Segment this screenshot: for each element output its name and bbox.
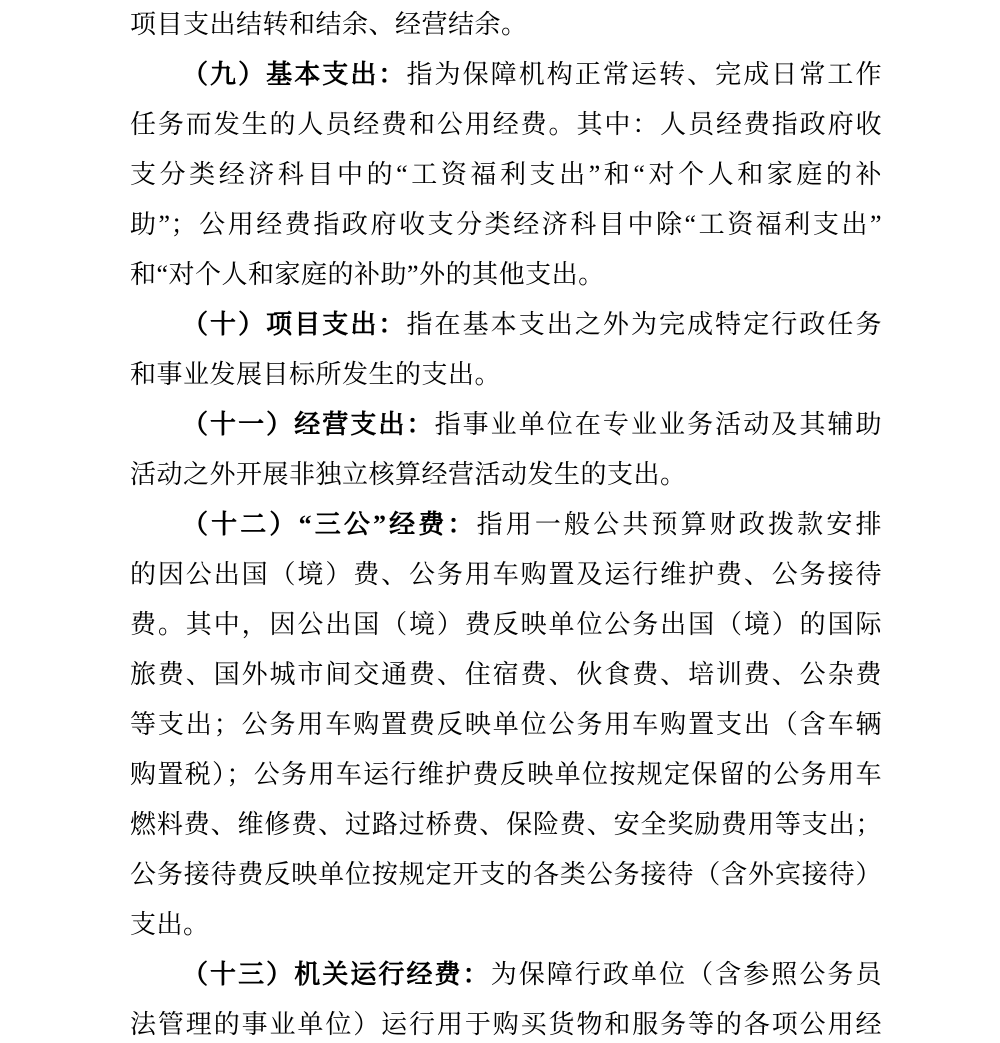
paragraph-text: 法管理的事业单位）运行用于购买货物和服务等的各项公用经 [130, 1010, 882, 1039]
paragraph-lead-bold: （九）基本支出： [182, 60, 407, 89]
paragraph-lead-bold: （十二）“三公”经费： [182, 510, 477, 539]
paragraph-text: 任务而发生的人员经费和公用经费。其中：人员经费指政府收 [130, 110, 882, 139]
paragraph-line: 支分类经济科目中的“工资福利支出”和“对个人和家庭的补 [130, 150, 882, 200]
paragraph-text: 为保障行政单位（含参照公务员 [491, 960, 882, 989]
paragraph-text: 指为保障机构正常运转、完成日常工作 [407, 60, 882, 89]
paragraph-line: 法管理的事业单位）运行用于购买货物和服务等的各项公用经 [130, 1000, 882, 1043]
paragraph-line: 燃料费、维修费、过路过桥费、保险费、安全奖励费用等支出； [130, 800, 882, 850]
paragraph-text: 费。其中，因公出国（境）费反映单位公务出国（境）的国际 [130, 610, 882, 639]
paragraph-line: 和事业发展目标所发生的支出。 [130, 350, 882, 400]
paragraph-lead-bold: （十一）经营支出： [182, 410, 435, 439]
document-text-block: 项目支出结转和结余、经营结余。（九）基本支出：指为保障机构正常运转、完成日常工作… [130, 0, 882, 1043]
paragraph-text: 公务接待费反映单位按规定开支的各类公务接待（含外宾接待） [130, 860, 882, 889]
paragraph-text: 购置税）；公务用车运行维护费反映单位按规定保留的公务用车 [130, 760, 882, 789]
paragraph-text: 等支出；公务用车购置费反映单位公务用车购置支出（含车辆 [130, 710, 882, 739]
paragraph-line: 支出。 [130, 900, 882, 950]
paragraph-line: 费。其中，因公出国（境）费反映单位公务出国（境）的国际 [130, 600, 882, 650]
paragraph-heading-line: （九）基本支出：指为保障机构正常运转、完成日常工作 [130, 50, 882, 100]
paragraph-line: 助”；公用经费指政府收支分类经济科目中除“工资福利支出” [130, 200, 882, 250]
paragraph-text: 指事业单位在专业业务活动及其辅助 [435, 410, 882, 439]
paragraph-line: 项目支出结转和结余、经营结余。 [130, 0, 882, 50]
paragraph-line: 旅费、国外城市间交通费、住宿费、伙食费、培训费、公杂费 [130, 650, 882, 700]
paragraph-line: 购置税）；公务用车运行维护费反映单位按规定保留的公务用车 [130, 750, 882, 800]
paragraph-heading-line: （十二）“三公”经费：指用一般公共预算财政拨款安排 [130, 500, 882, 550]
paragraph-text: 活动之外开展非独立核算经营活动发生的支出。 [130, 460, 687, 489]
paragraph-line: 等支出；公务用车购置费反映单位公务用车购置支出（含车辆 [130, 700, 882, 750]
paragraph-text: 项目支出结转和结余、经营结余。 [130, 10, 528, 39]
paragraph-text: 的因公出国（境）费、公务用车购置及运行维护费、公务接待 [130, 560, 882, 589]
paragraph-text: 和事业发展目标所发生的支出。 [130, 360, 501, 389]
paragraph-heading-line: （十）项目支出：指在基本支出之外为完成特定行政任务 [130, 300, 882, 350]
paragraph-line: 的因公出国（境）费、公务用车购置及运行维护费、公务接待 [130, 550, 882, 600]
paragraph-text: 指在基本支出之外为完成特定行政任务 [407, 310, 882, 339]
paragraph-text: 支分类经济科目中的“工资福利支出”和“对个人和家庭的补 [130, 160, 882, 189]
paragraph-line: 和“对个人和家庭的补助”外的其他支出。 [130, 250, 882, 300]
paragraph-line: 公务接待费反映单位按规定开支的各类公务接待（含外宾接待） [130, 850, 882, 900]
document-page: 项目支出结转和结余、经营结余。（九）基本支出：指为保障机构正常运转、完成日常工作… [0, 0, 1000, 1043]
paragraph-heading-line: （十一）经营支出：指事业单位在专业业务活动及其辅助 [130, 400, 882, 450]
paragraph-lead-bold: （十）项目支出： [182, 310, 407, 339]
paragraph-heading-line: （十三）机关运行经费：为保障行政单位（含参照公务员 [130, 950, 882, 1000]
paragraph-lead-bold: （十三）机关运行经费： [182, 960, 491, 989]
paragraph-text: 燃料费、维修费、过路过桥费、保险费、安全奖励费用等支出； [130, 810, 882, 839]
paragraph-text: 旅费、国外城市间交通费、住宿费、伙食费、培训费、公杂费 [130, 660, 882, 689]
paragraph-text: 支出。 [130, 910, 210, 939]
paragraph-line: 任务而发生的人员经费和公用经费。其中：人员经费指政府收 [130, 100, 882, 150]
paragraph-text: 和“对个人和家庭的补助”外的其他支出。 [130, 260, 605, 289]
paragraph-text: 指用一般公共预算财政拨款安排 [477, 510, 882, 539]
paragraph-text: 助”；公用经费指政府收支分类经济科目中除“工资福利支出” [130, 210, 882, 239]
paragraph-line: 活动之外开展非独立核算经营活动发生的支出。 [130, 450, 882, 500]
